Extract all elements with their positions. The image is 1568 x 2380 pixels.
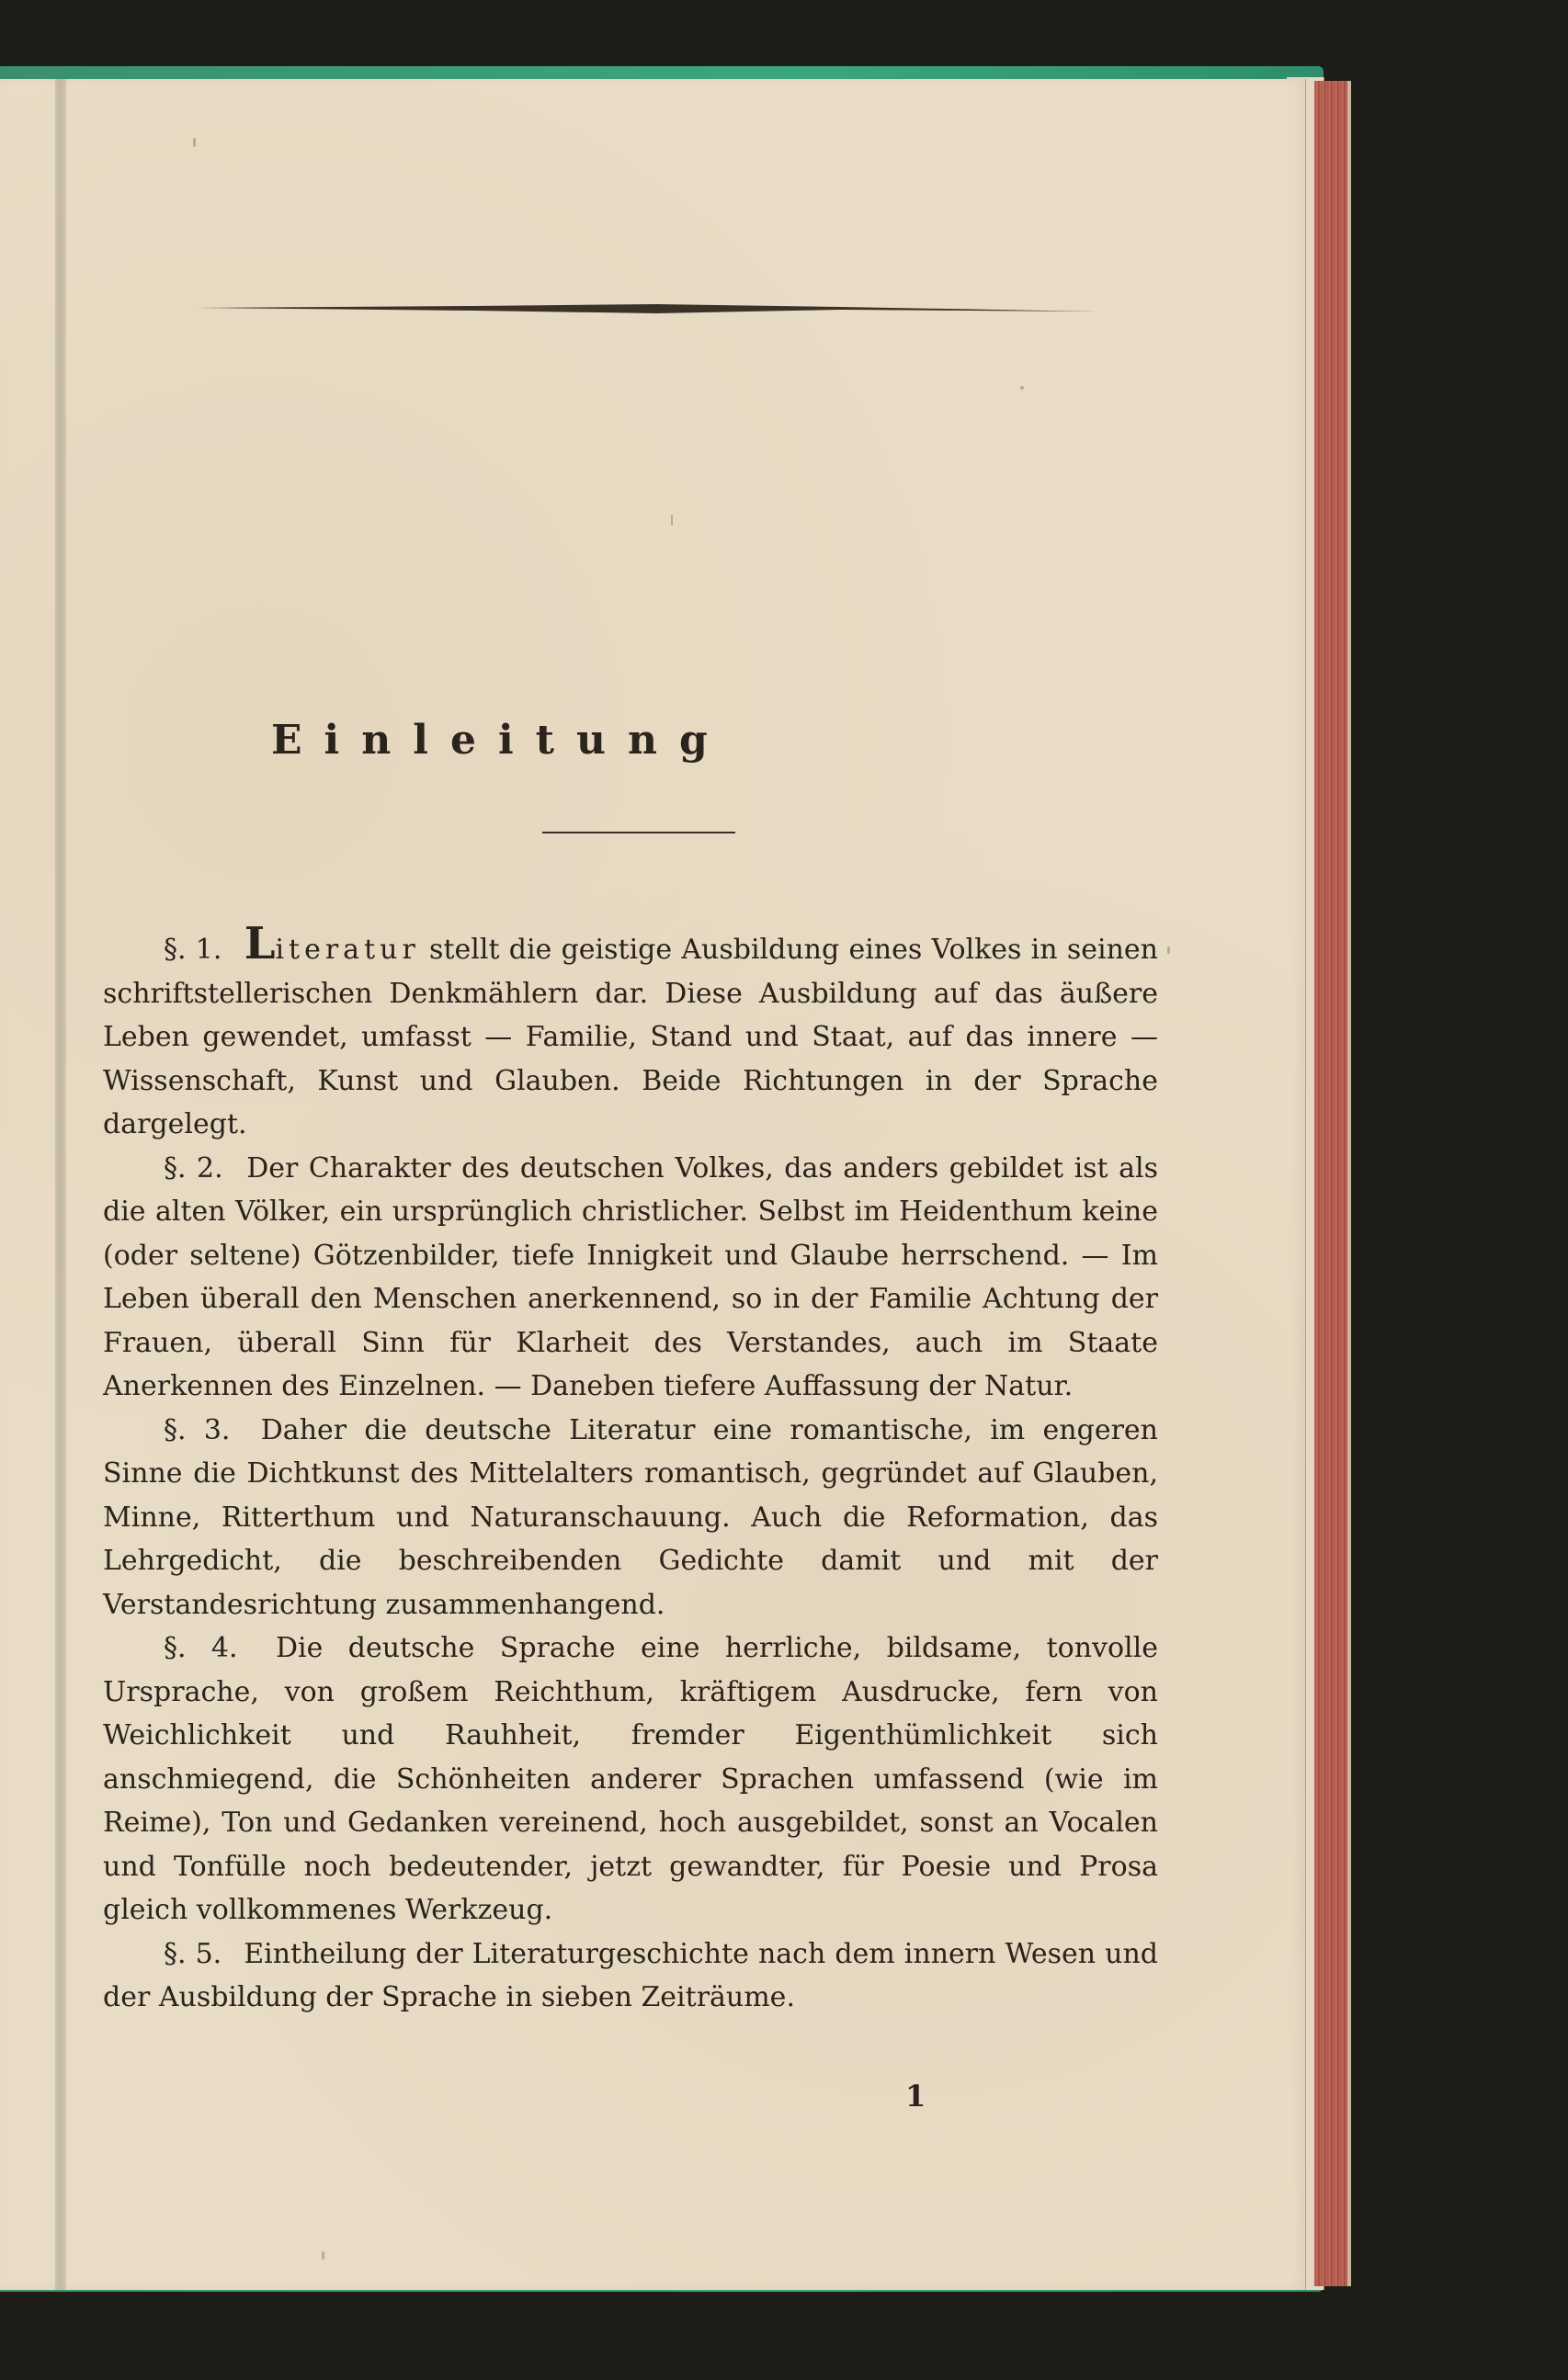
paragraph-3: §. 3. Daher die deutsche Literatur eine …: [103, 1409, 1158, 1627]
paper-speck: [322, 2251, 324, 2260]
chapter-title: Einleitung: [271, 717, 915, 764]
page-gutter: [55, 79, 66, 2290]
paper-speck: [1020, 386, 1024, 390]
paper-speck: [671, 515, 673, 526]
section-number: §. 1.: [164, 934, 222, 966]
paper-speck: [1167, 946, 1170, 954]
paragraph-2: §. 2. Der Charakter des deutschen Volkes…: [103, 1147, 1158, 1409]
section-number: §. 5.: [164, 1938, 222, 1970]
page-number: 1: [905, 2079, 926, 2114]
spaced-word: iteratur: [275, 934, 419, 966]
paper-speck: [193, 138, 196, 147]
paragraph-5: §. 5. Eintheilung der Literaturgeschicht…: [103, 1932, 1158, 2020]
initial-letter: L: [244, 918, 276, 969]
section-number: §. 4.: [164, 1632, 238, 1664]
paragraph-text: Daher die deutsche Literatur eine romant…: [103, 1414, 1158, 1621]
body-text: §. 1. Literatur stellt die geistige Ausb…: [103, 928, 1158, 2020]
paragraph-1: §. 1. Literatur stellt die geistige Ausb…: [103, 928, 1158, 1147]
section-number: §. 2.: [164, 1152, 223, 1184]
title-rule: [542, 832, 735, 833]
section-number: §. 3.: [164, 1414, 230, 1446]
paragraph-text: Eintheilung der Literaturgeschichte nach…: [103, 1938, 1158, 2014]
paragraph-4: §. 4. Die deutsche Sprache eine herrlich…: [103, 1626, 1158, 1932]
ornamental-rule: [198, 303, 1098, 314]
paragraph-text: Die deutsche Sprache eine herrliche, bil…: [103, 1632, 1158, 1926]
page-edges: [1314, 81, 1351, 2286]
paragraph-text: Der Charakter des deutschen Volkes, das …: [103, 1152, 1158, 1403]
